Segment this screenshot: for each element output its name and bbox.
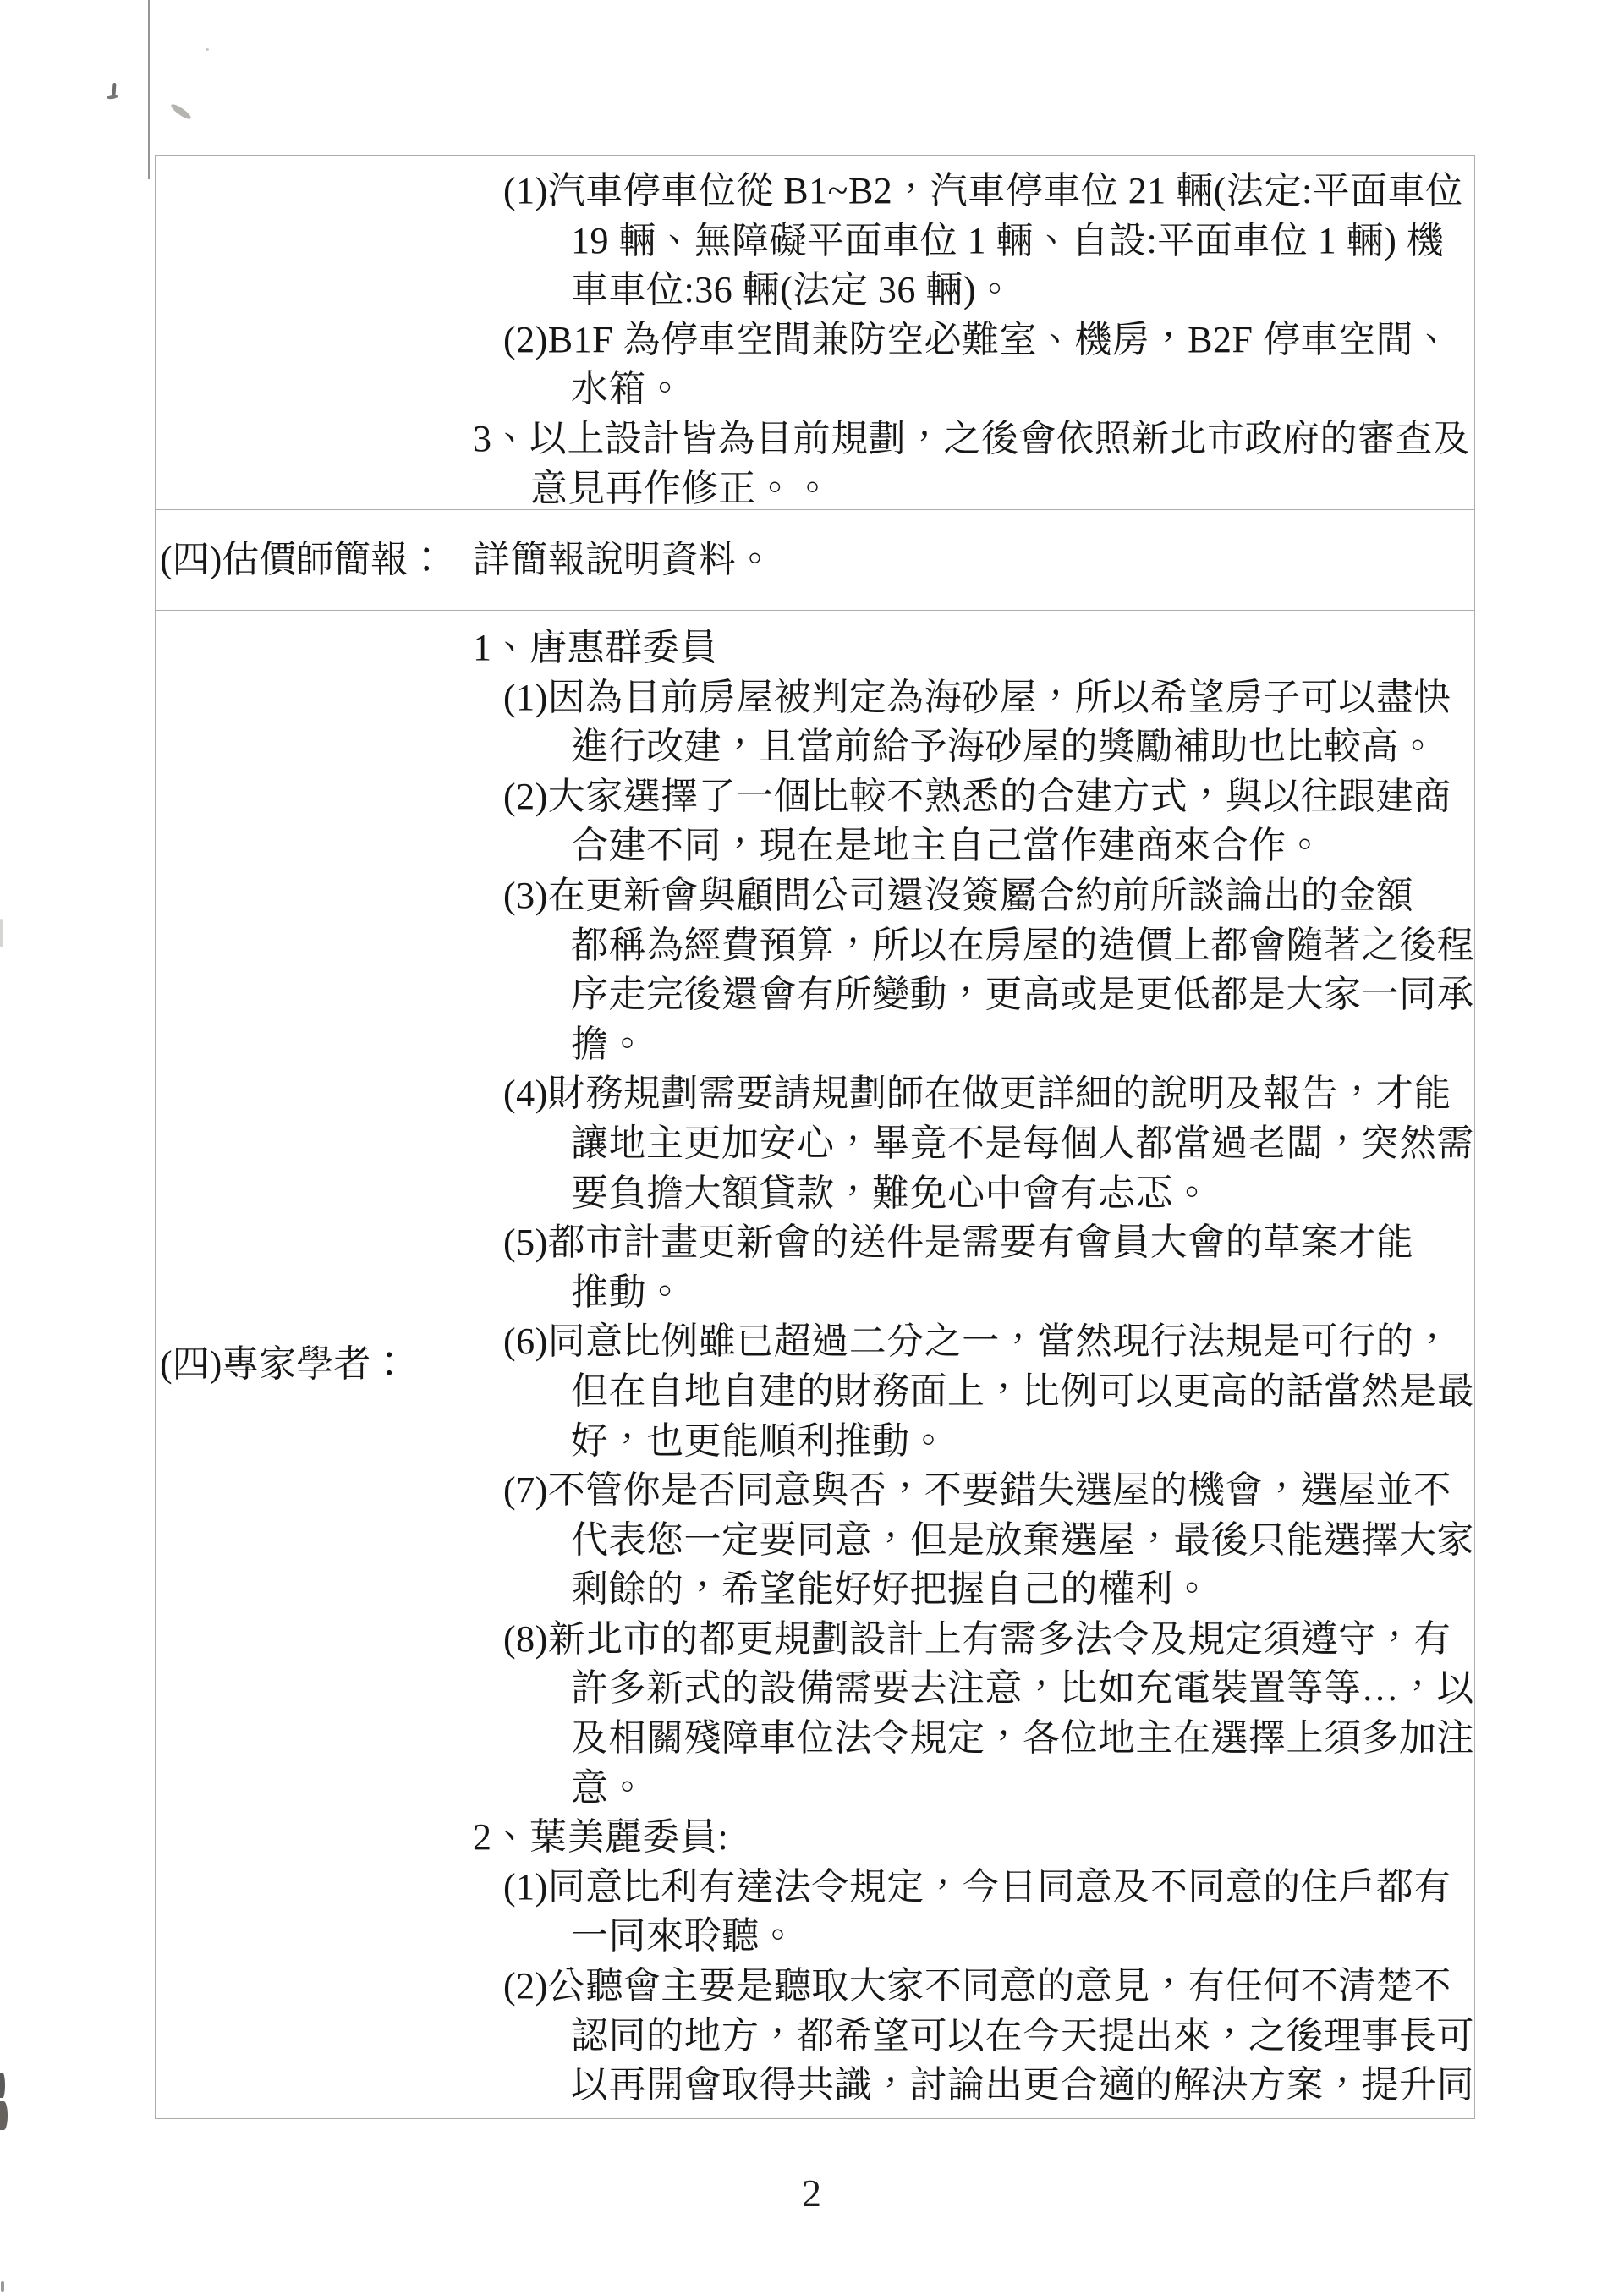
content-line: 序走完後還會有所變動，更高或是更低都是大家一同承 — [469, 970, 1474, 1020]
content-line: 好，也更能順利推動。 — [469, 1417, 1474, 1467]
content-line: 但在自地自建的財務面上，比例可以更高的話當然是最 — [469, 1367, 1474, 1417]
content-line: 認同的地方，都希望可以在今天提出來，之後理事長可 — [469, 2012, 1474, 2062]
row-content-cell: 1、唐惠群委員(1)因為目前房屋被判定為海砂屋，所以希望房子可以盡快進行改建，且… — [469, 611, 1474, 2118]
scan-edge-line — [148, 0, 150, 179]
content-line: (8)新北市的都更規劃設計上有需多法令及規定須遵守，有 — [469, 1615, 1474, 1665]
content-line: 要負擔大額貸款，難免心中會有忐忑。 — [469, 1169, 1474, 1219]
scan-margin-mark — [0, 2073, 5, 2098]
content-line: 都稱為經費預算，所以在房屋的造價上都會隨著之後程 — [469, 921, 1474, 971]
row-content-cell: 詳簡報說明資料。 — [469, 510, 1474, 610]
content-line: 進行改建，且當前給予海砂屋的獎勵補助也比較高。 — [469, 722, 1474, 772]
content-line: 1、唐惠群委員 — [469, 623, 1474, 673]
row-label-cell: (四)估價師簡報： — [156, 510, 469, 610]
scan-smudge — [169, 102, 193, 122]
content-line: 合建不同，現在是地主自己當作建商來合作。 — [469, 821, 1474, 871]
content-line: (4)財務規劃需要請規劃師在做更詳細的說明及報告，才能 — [469, 1069, 1474, 1119]
content-line: (2)B1F 為停車空間兼防空必難室、機房，B2F 停車空間、 — [469, 316, 1474, 365]
content-line: 及相關殘障車位法令規定，各位地主在選擇上須多加注 — [469, 1714, 1474, 1764]
content-line: (3)在更新會與顧問公司還沒簽屬合約前所談論出的金額 — [469, 871, 1474, 921]
content-line: (5)都市計畫更新會的送件是需要有會員大會的草案才能 — [469, 1218, 1474, 1268]
scanned-document-page: (1)汽車停車位從 B1~B2，汽車停車位 21 輛(法定:平面車位19 輛、無… — [0, 0, 1624, 2295]
table-row: (四)專家學者： 1、唐惠群委員(1)因為目前房屋被判定為海砂屋，所以希望房子可… — [156, 611, 1474, 2118]
content-line: (1)同意比利有達法令規定，今日同意及不同意的住戶都有 — [469, 1863, 1474, 1913]
content-line: (1)因為目前房屋被判定為海砂屋，所以希望房子可以盡快 — [469, 673, 1474, 723]
content-line: 一同來聆聽。 — [469, 1912, 1474, 1962]
minutes-table: (1)汽車停車位從 B1~B2，汽車停車位 21 輛(法定:平面車位19 輛、無… — [155, 155, 1475, 2119]
ink-mark — [112, 83, 116, 96]
content-line: 讓地主更加安心，畢竟不是每個人都當過老闆，突然需 — [469, 1119, 1474, 1169]
table-row: (1)汽車停車位從 B1~B2，汽車停車位 21 輛(法定:平面車位19 輛、無… — [156, 156, 1474, 510]
content-line: (7)不管你是否同意與否，不要錯失選屋的機會，選屋並不 — [469, 1466, 1474, 1516]
content-line: 許多新式的設備需要去注意，比如充電裝置等等…，以 — [469, 1664, 1474, 1714]
content-line: 詳簡報說明資料。 — [469, 535, 1474, 585]
content-line: 代表您一定要同意，但是放棄選屋，最後只能選擇大家 — [469, 1516, 1474, 1566]
table-row: (四)估價師簡報： 詳簡報說明資料。 — [156, 510, 1474, 611]
content-line: (2)公聽會主要是聽取大家不同意的意見，有任何不清楚不 — [469, 1962, 1474, 2012]
page-number: 2 — [802, 2171, 821, 2215]
content-line: 19 輛、無障礙平面車位 1 輛、自設:平面車位 1 輛) 機 — [469, 217, 1474, 266]
scan-margin-mark — [0, 2101, 8, 2130]
row-label-cell: (四)專家學者： — [156, 611, 469, 2118]
scan-margin-mark — [0, 919, 3, 947]
scan-speck — [206, 48, 209, 51]
content-line: 3、以上設計皆為目前規劃，之後會依照新北市政府的審查及 — [469, 415, 1474, 464]
ink-mark — [107, 94, 119, 100]
scan-margin-mark — [1, 2281, 4, 2292]
content-line: (1)汽車停車位從 B1~B2，汽車停車位 21 輛(法定:平面車位 — [469, 167, 1474, 217]
content-line: 擔。 — [469, 1020, 1474, 1070]
content-line: 推動。 — [469, 1268, 1474, 1318]
content-line: 意見再作修正。。 — [469, 464, 1474, 509]
content-line: 水箱。 — [469, 365, 1474, 415]
content-line: 剩餘的，希望能好好把握自己的權利。 — [469, 1565, 1474, 1615]
content-line: 意。 — [469, 1764, 1474, 1814]
content-line: 2、葉美麗委員: — [469, 1813, 1474, 1863]
row-label-cell — [156, 156, 469, 509]
content-line: (2)大家選擇了一個比較不熟悉的合建方式，與以往跟建商 — [469, 772, 1474, 822]
row-content-cell: (1)汽車停車位從 B1~B2，汽車停車位 21 輛(法定:平面車位19 輛、無… — [469, 156, 1474, 509]
content-line: 以再開會取得共識，討論出更合適的解決方案，提升同 — [469, 2061, 1474, 2111]
content-line: 車車位:36 輛(法定 36 輛)。 — [469, 266, 1474, 316]
content-line: (6)同意比例雖已超過二分之一，當然現行法規是可行的， — [469, 1317, 1474, 1367]
